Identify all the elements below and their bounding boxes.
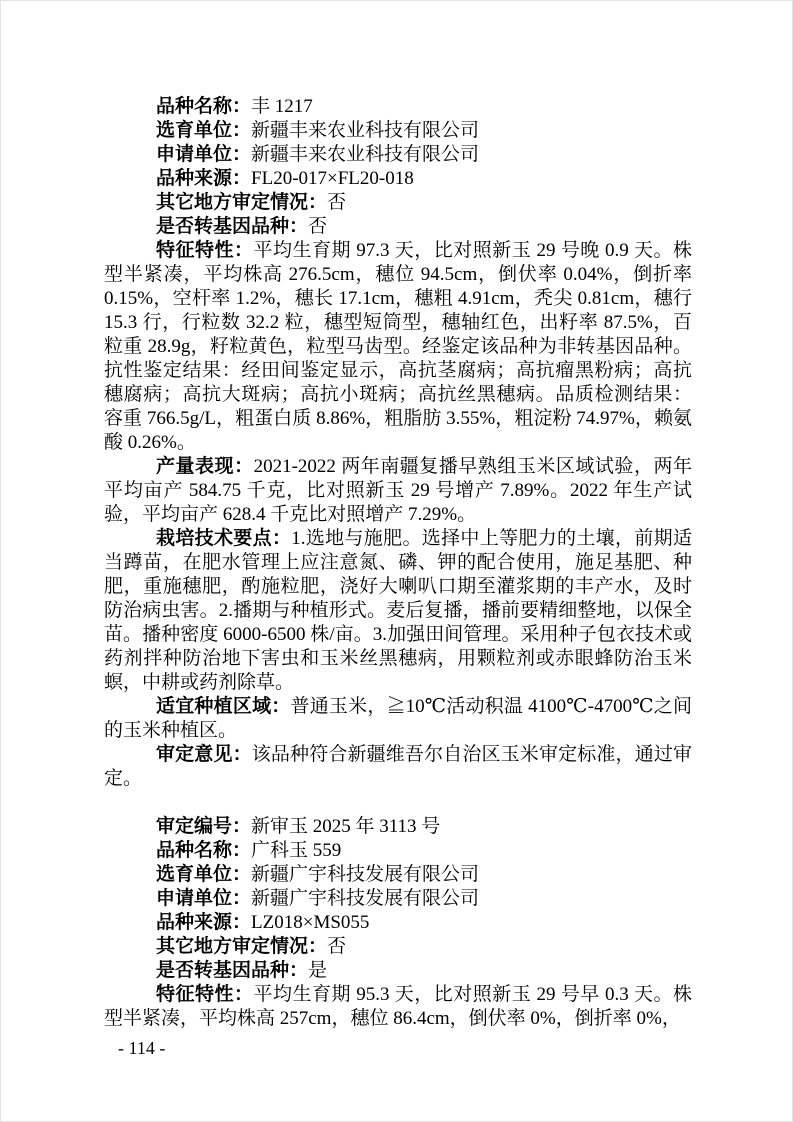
field-label: 品种名称： <box>156 96 251 117</box>
field-other-region-approval: 其它地方审定情况：否 <box>104 191 692 215</box>
para-label: 栽培技术要点： <box>156 528 291 549</box>
para-yield-performance: 产量表现：2021-2022 两年南疆复播早熟组玉米区域试验，两年平均亩产 58… <box>104 455 692 527</box>
field-label: 是否转基因品种： <box>156 960 308 981</box>
field-applicant-unit: 申请单位：新疆丰来农业科技有限公司 <box>104 143 692 167</box>
field-breeder-unit: 选育单位：新疆广宇科技发展有限公司 <box>104 863 692 887</box>
para-label: 适宜种植区域： <box>156 696 291 717</box>
entry-divider-space <box>104 791 692 815</box>
field-label: 申请单位： <box>156 144 251 165</box>
field-label: 品种来源： <box>156 168 251 189</box>
field-label: 其它地方审定情况： <box>156 192 327 213</box>
page-number: - 114 - <box>118 1037 165 1059</box>
document-body: 品种名称：丰 1217 选育单位：新疆丰来农业科技有限公司 申请单位：新疆丰来农… <box>104 95 692 1031</box>
field-variety-name: 品种名称：丰 1217 <box>104 95 692 119</box>
field-label: 其它地方审定情况： <box>156 936 327 957</box>
para-label: 产量表现： <box>156 456 254 477</box>
field-breeder-unit: 选育单位：新疆丰来农业科技有限公司 <box>104 119 692 143</box>
field-applicant-unit: 申请单位：新疆广宇科技发展有限公司 <box>104 887 692 911</box>
field-approval-number: 审定编号：新审玉 2025 年 3113 号 <box>104 815 692 839</box>
field-gmo-status: 是否转基因品种：是 <box>104 959 692 983</box>
field-value: LZ018×MS055 <box>251 912 369 933</box>
field-value: 否 <box>327 936 346 957</box>
field-value: 新审玉 2025 年 3113 号 <box>251 816 440 837</box>
field-label: 选育单位： <box>156 864 251 885</box>
field-value: 丰 1217 <box>251 96 313 117</box>
para-suitable-planting-region: 适宜种植区域：普通玉米，≧10℃活动积温 4100℃-4700℃之间的玉米种植区… <box>104 695 692 743</box>
para-approval-opinion: 审定意见：该品种符合新疆维吾尔自治区玉米审定标准，通过审定。 <box>104 743 692 791</box>
para-characteristics: 特征特性：平均生育期 95.3 天，比对照新玉 29 号早 0.3 天。株型半紧… <box>104 983 692 1031</box>
para-label: 特征特性： <box>156 984 254 1005</box>
para-text: 平均生育期 97.3 天，比对照新玉 29 号晚 0.9 天。株型半紧凑，平均株… <box>104 240 692 453</box>
para-characteristics: 特征特性：平均生育期 97.3 天，比对照新玉 29 号晚 0.9 天。株型半紧… <box>104 239 692 455</box>
field-label: 审定编号： <box>156 816 251 837</box>
field-label: 品种名称： <box>156 840 251 861</box>
field-value: 广科玉 559 <box>251 840 341 861</box>
field-variety-origin: 品种来源：LZ018×MS055 <box>104 911 692 935</box>
field-variety-name: 品种名称：广科玉 559 <box>104 839 692 863</box>
para-label: 特征特性： <box>156 240 254 261</box>
field-value: 新疆丰来农业科技有限公司 <box>251 120 479 141</box>
field-label: 是否转基因品种： <box>156 216 308 237</box>
field-label: 选育单位： <box>156 120 251 141</box>
field-value: 是 <box>308 960 327 981</box>
field-value: FL20-017×FL20-018 <box>251 168 414 189</box>
para-cultivation-techniques: 栽培技术要点：1.选地与施肥。选择中上等肥力的土壤，前期适当蹲苗，在肥水管理上应… <box>104 527 692 695</box>
document-page: 品种名称：丰 1217 选育单位：新疆丰来农业科技有限公司 申请单位：新疆丰来农… <box>0 0 793 1122</box>
field-label: 品种来源： <box>156 912 251 933</box>
field-value: 否 <box>327 192 346 213</box>
field-label: 申请单位： <box>156 888 251 909</box>
field-value: 否 <box>308 216 327 237</box>
para-label: 审定意见： <box>156 744 252 765</box>
field-variety-origin: 品种来源：FL20-017×FL20-018 <box>104 167 692 191</box>
field-other-region-approval: 其它地方审定情况：否 <box>104 935 692 959</box>
field-value: 新疆广宇科技发展有限公司 <box>251 864 479 885</box>
field-value: 新疆广宇科技发展有限公司 <box>251 888 479 909</box>
field-value: 新疆丰来农业科技有限公司 <box>251 144 479 165</box>
para-text: 1.选地与施肥。选择中上等肥力的土壤，前期适当蹲苗，在肥水管理上应注意氮、磷、钾… <box>104 528 692 693</box>
field-gmo-status: 是否转基因品种：否 <box>104 215 692 239</box>
